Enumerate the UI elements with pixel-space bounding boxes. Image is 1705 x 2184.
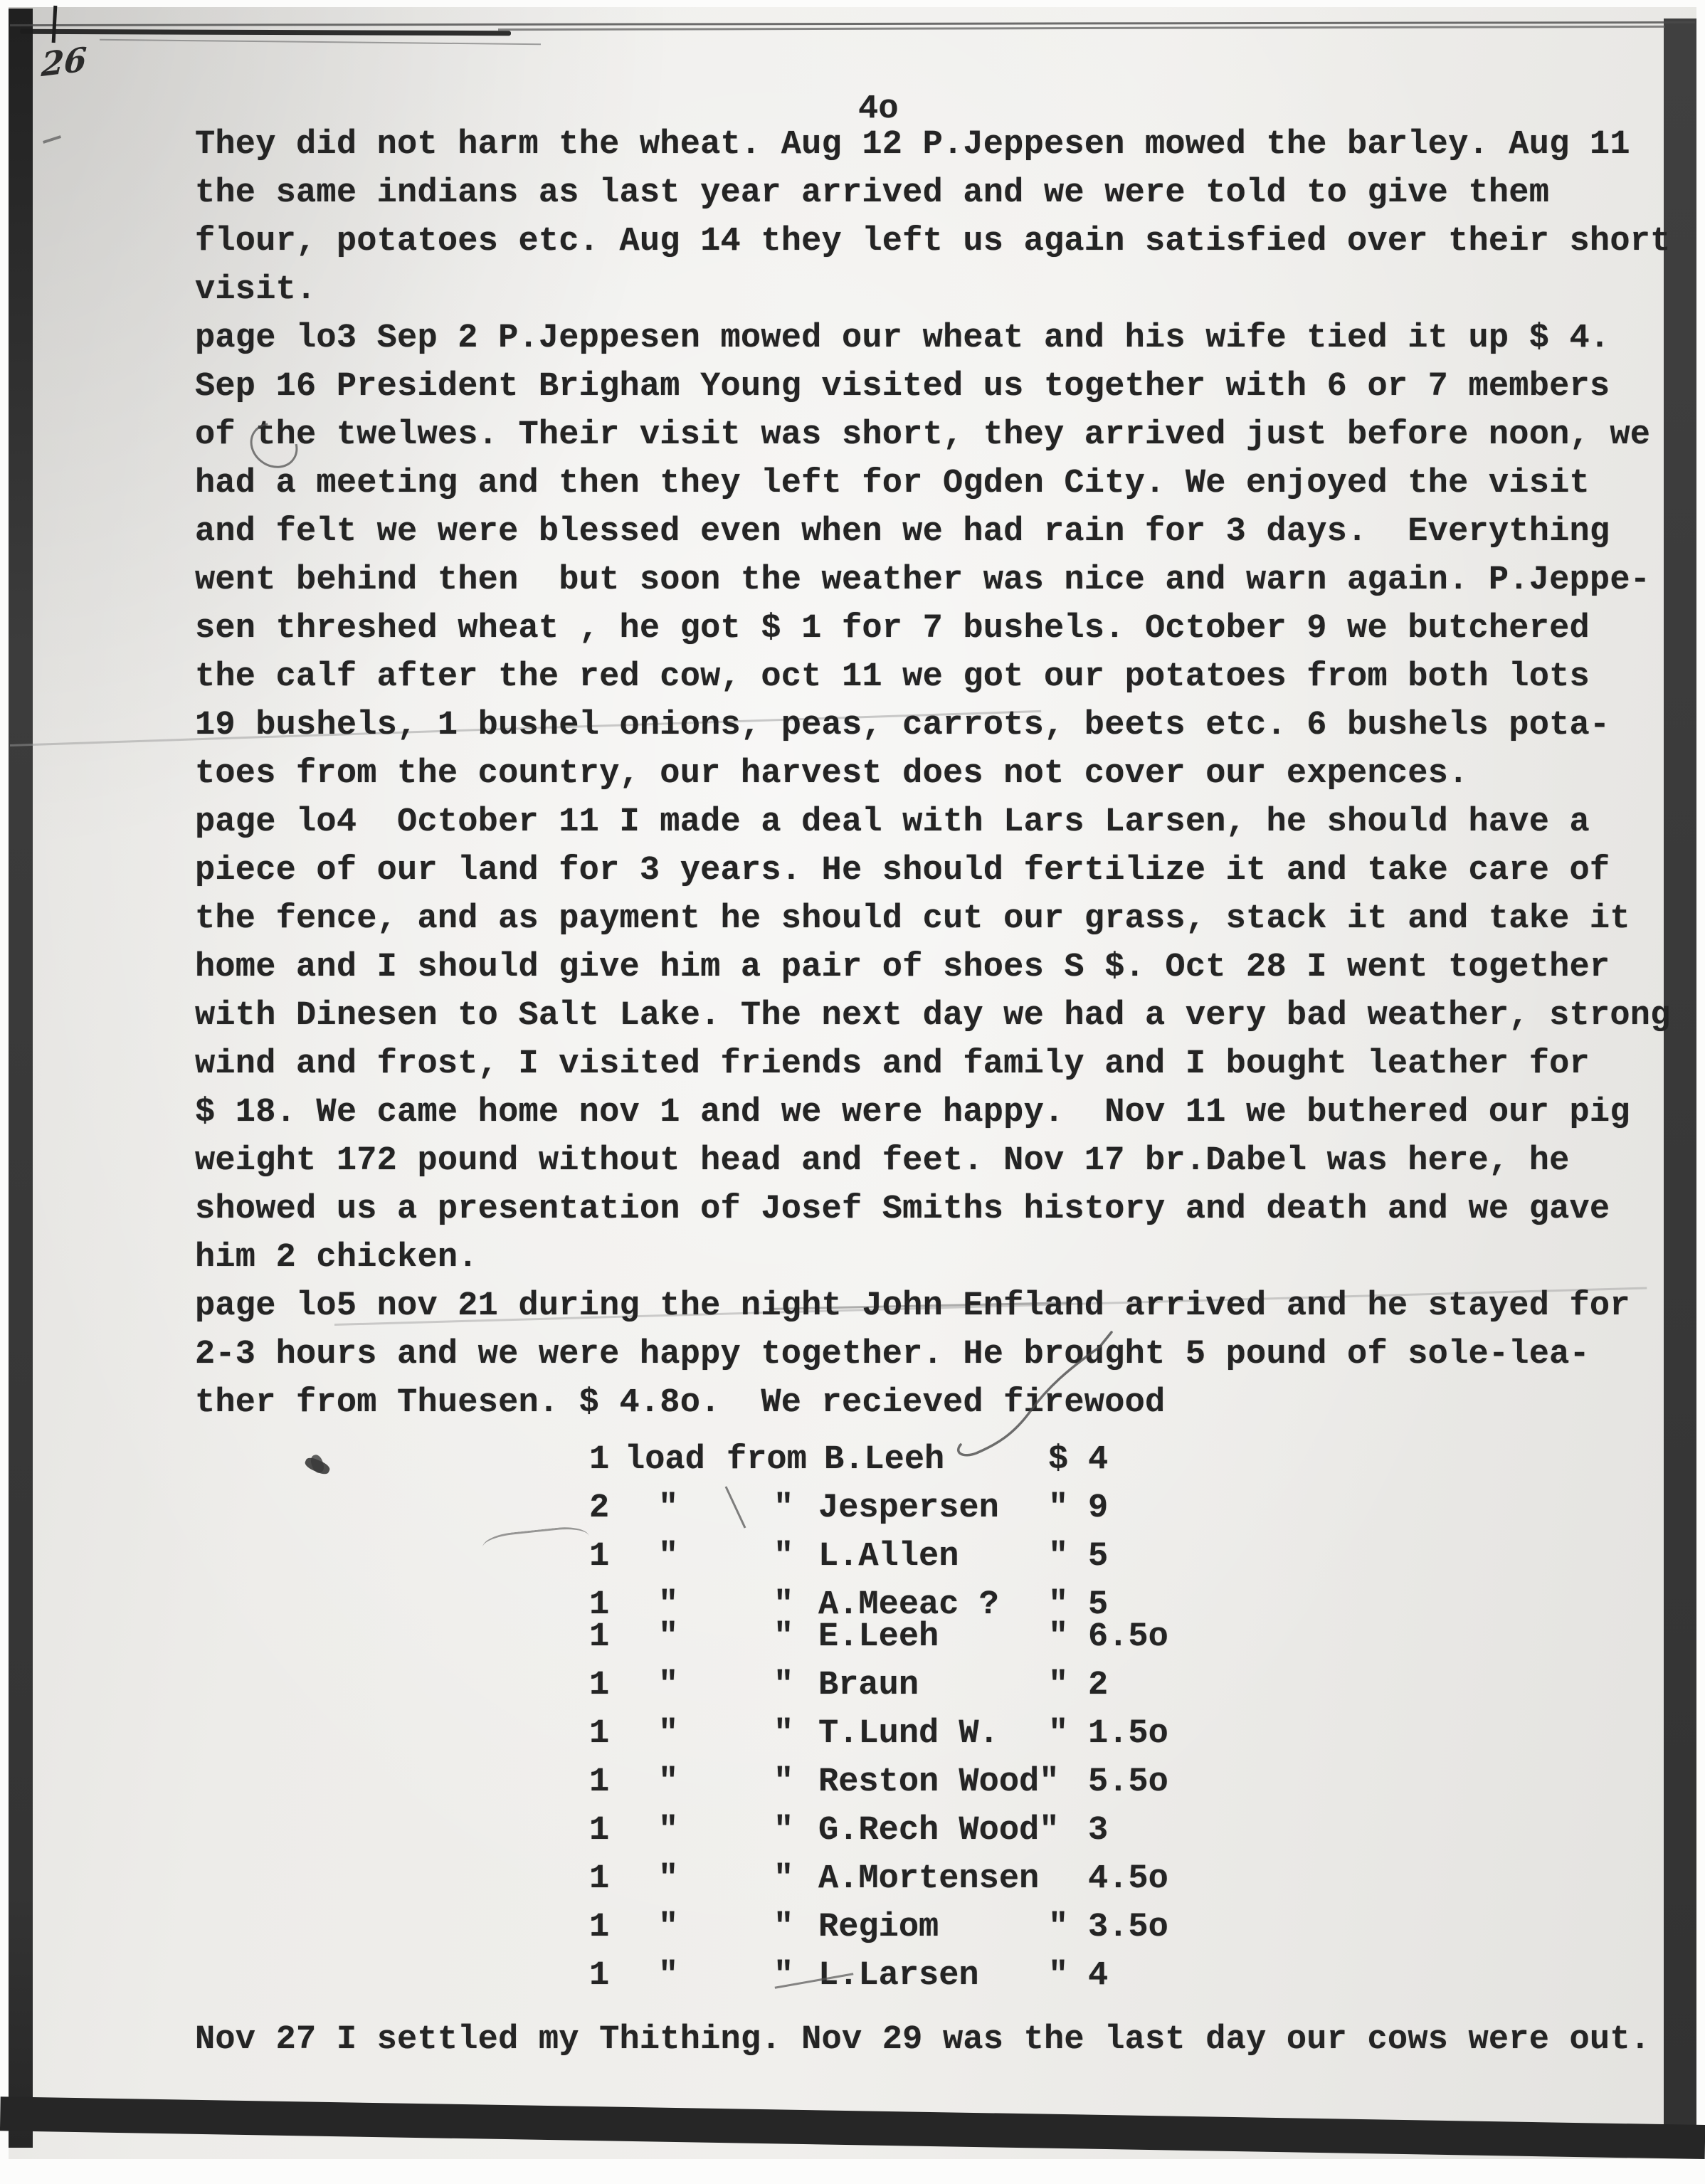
ditto-cell: " xyxy=(774,1710,793,1758)
typed-line: with Dinesen to Salt Lake. The next day … xyxy=(195,992,1696,1040)
ditto-cell: " xyxy=(774,1904,793,1952)
ditto-cell: " xyxy=(774,1952,793,2000)
scanned-page: 26 4o They did not harm the wheat. Aug 1… xyxy=(0,0,1705,2184)
qty-cell: 1 xyxy=(589,1904,609,1952)
typed-line: the calf after the red cow, oct 11 we go… xyxy=(195,653,1696,702)
name-cell: B.Leeh xyxy=(824,1436,944,1484)
typed-line: piece of our land for 3 years. He should… xyxy=(195,847,1696,895)
qty-cell: 1 xyxy=(589,1952,609,2000)
typed-line: the fence, and as payment he should cut … xyxy=(195,895,1696,944)
ditto-cell: " xyxy=(1048,1533,1068,1581)
ditto-cell: " xyxy=(1048,1484,1068,1533)
typed-line: ther from Thuesen. $ 4.8o. We recieved f… xyxy=(195,1379,1696,1428)
handwritten-page-number: 26 xyxy=(41,40,88,85)
firewood-row: 1""L.Allen"5 xyxy=(195,1533,1476,1581)
typed-line: 19 bushels, 1 bushel onions, peas, carro… xyxy=(195,702,1696,750)
ditto-cell: " xyxy=(658,1904,678,1952)
typed-line: sen threshed wheat , he got $ 1 for 7 bu… xyxy=(195,605,1696,653)
qty-cell: 1 xyxy=(589,1662,609,1710)
scan-border-left xyxy=(9,9,33,2148)
amount-cell: 1.5o xyxy=(1088,1710,1168,1758)
amount-cell: 4.5o xyxy=(1088,1855,1168,1904)
amount-cell: 3.5o xyxy=(1088,1904,1168,1952)
ditto-cell: " xyxy=(1048,1952,1068,2000)
qty-cell: 1 xyxy=(589,1710,609,1758)
qty-cell: 1 xyxy=(589,1758,609,1807)
qty-cell: 1 xyxy=(589,1613,609,1662)
typed-line: Sep 16 President Brigham Young visited u… xyxy=(195,363,1696,411)
typed-paragraph: They did not harm the wheat. Aug 12 P.Je… xyxy=(195,121,1696,1428)
typed-line: visit. xyxy=(195,266,1696,315)
typed-line: of the twelwes. Their visit was short, t… xyxy=(195,411,1696,460)
firewood-row: 1""Regiom"3.5o xyxy=(195,1904,1476,1952)
qty-cell: 1 xyxy=(589,1533,609,1581)
amount-cell: 5 xyxy=(1088,1533,1108,1581)
typed-line: the same indians as last year arrived an… xyxy=(195,169,1696,218)
typed-line: toes from the country, our harvest does … xyxy=(195,750,1696,798)
typed-line: weight 172 pound without head and feet. … xyxy=(195,1137,1696,1186)
typed-line: showed us a presentation of Josef Smiths… xyxy=(195,1186,1696,1234)
typed-line: had a meeting and then they left for Ogd… xyxy=(195,460,1696,508)
firewood-row: 1""G.Rech Wood"3 xyxy=(195,1807,1476,1855)
ditto-cell: " xyxy=(1048,1613,1068,1662)
typed-line: page lo3 Sep 2 P.Jeppesen mowed our whea… xyxy=(195,315,1696,363)
firewood-list: 1loadfromB.Leeh$42""Jespersen"91""L.Alle… xyxy=(195,1436,1476,2000)
ditto-cell: " xyxy=(774,1758,793,1807)
ditto-cell: " xyxy=(774,1662,793,1710)
name-cell: Braun xyxy=(818,1662,919,1710)
qty-cell: 1 xyxy=(589,1807,609,1855)
firewood-row: 1loadfromB.Leeh$4 xyxy=(195,1436,1476,1484)
name-cell: G.Rech Wood" xyxy=(818,1807,1059,1855)
firewood-row: 1""Braun"2 xyxy=(195,1662,1476,1710)
ditto-cell: " xyxy=(658,1807,678,1855)
typed-line: page lo4 October 11 I made a deal with L… xyxy=(195,798,1696,847)
amount-cell: 3 xyxy=(1088,1807,1108,1855)
ditto-cell: $ xyxy=(1048,1436,1068,1484)
amount-cell: 4 xyxy=(1088,1952,1108,2000)
ditto-cell: " xyxy=(774,1807,793,1855)
ditto-cell: " xyxy=(1048,1904,1068,1952)
typed-line: and felt we were blessed even when we ha… xyxy=(195,508,1696,556)
firewood-row: 1""E.Leeh"6.5o xyxy=(195,1613,1476,1662)
ditto-cell: " xyxy=(658,1533,678,1581)
ditto-cell: " xyxy=(1048,1710,1068,1758)
name-cell: E.Leeh xyxy=(818,1613,939,1662)
ditto-cell: from xyxy=(727,1436,807,1484)
typed-line: $ 18. We came home nov 1 and we were hap… xyxy=(195,1089,1696,1137)
qty-cell: 2 xyxy=(589,1484,609,1533)
firewood-row: 2""Jespersen"9 xyxy=(195,1484,1476,1533)
qty-cell: 1 xyxy=(589,1855,609,1904)
ditto-cell: " xyxy=(658,1613,678,1662)
amount-cell: 9 xyxy=(1088,1484,1108,1533)
qty-cell: 1 xyxy=(589,1436,609,1484)
ditto-cell: " xyxy=(774,1484,793,1533)
typed-line: home and I should give him a pair of sho… xyxy=(195,944,1696,992)
ditto-cell: " xyxy=(774,1613,793,1662)
ditto-cell: " xyxy=(774,1855,793,1904)
typed-line: wind and frost, I visited friends and fa… xyxy=(195,1040,1696,1089)
ditto-cell: load xyxy=(625,1436,705,1484)
typed-line: page lo5 nov 21 during the night John En… xyxy=(195,1282,1696,1331)
firewood-row: 1""Reston Wood"5.5o xyxy=(195,1758,1476,1807)
ditto-cell: " xyxy=(658,1484,678,1533)
amount-cell: 4 xyxy=(1088,1436,1108,1484)
amount-cell: 2 xyxy=(1088,1662,1108,1710)
closing-line: Nov 27 I settled my Thithing. Nov 29 was… xyxy=(195,2016,1650,2064)
firewood-row: 1""T.Lund W."1.5o xyxy=(195,1710,1476,1758)
name-cell: Jespersen xyxy=(818,1484,999,1533)
ditto-cell: " xyxy=(658,1710,678,1758)
ditto-cell: " xyxy=(658,1855,678,1904)
name-cell: Regiom xyxy=(818,1904,939,1952)
firewood-row: 1""A.Mortensen4.5o xyxy=(195,1855,1476,1904)
ditto-cell: " xyxy=(774,1533,793,1581)
typed-line: went behind then but soon the weather wa… xyxy=(195,556,1696,605)
name-cell: A.Mortensen xyxy=(818,1855,1039,1904)
ditto-cell: " xyxy=(658,1952,678,2000)
typed-line: flour, potatoes etc. Aug 14 they left us… xyxy=(195,218,1696,266)
typed-line: They did not harm the wheat. Aug 12 P.Je… xyxy=(195,121,1696,169)
ditto-cell: " xyxy=(658,1758,678,1807)
ditto-cell: " xyxy=(1048,1662,1068,1710)
amount-cell: 6.5o xyxy=(1088,1613,1168,1662)
name-cell: Reston Wood" xyxy=(818,1758,1059,1807)
amount-cell: 5.5o xyxy=(1088,1758,1168,1807)
ditto-cell: " xyxy=(658,1662,678,1710)
name-cell: T.Lund W. xyxy=(818,1710,999,1758)
name-cell: L.Allen xyxy=(818,1533,959,1581)
typed-line: him 2 chicken. xyxy=(195,1234,1696,1282)
typed-line: 2-3 hours and we were happy together. He… xyxy=(195,1331,1696,1379)
